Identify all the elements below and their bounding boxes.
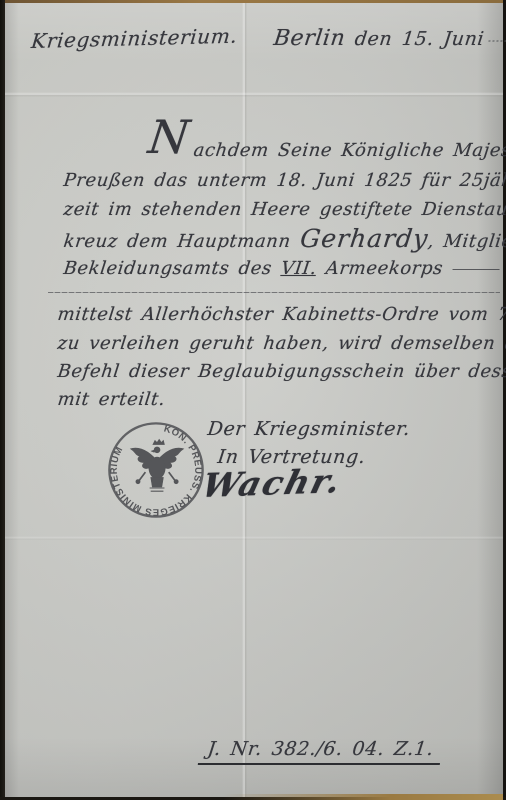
body-line: mittelst Allerhöchster Kabinetts-Ordre v… [56,302,506,328]
body-line-recipient: kreuz dem Hauptmann Gerhardy, Mitglied d… [62,226,506,255]
body-line: zeit im stehenden Heere gestiftete Diens… [62,197,506,223]
unit-post: Armeekorps [324,256,444,282]
prussian-eagle-icon [131,439,184,491]
body-line: mit erteilt. [56,387,167,413]
recipient-name: Gerhardy [299,224,430,253]
recipient-post: , Mitglied des [427,231,506,252]
vertical-fold-crease [242,0,247,800]
recipient-pre: kreuz dem Hauptmann [62,231,292,252]
body-line: Preußen das unterm 18. Juni 1825 für 25j… [62,168,506,194]
header-place: Berlin [272,26,347,51]
unit-pre: Bekleidungsamts des [62,256,273,282]
header-office: Kriegsministerium. [30,23,239,55]
header-date: 15. Juni [401,28,486,50]
reference-number: J. Nr. 382./6. 04. Z.1. [198,736,443,763]
header-date-prefix: den [354,28,394,50]
horizontal-fold-crease [0,92,506,97]
unit-corps: VII. [280,256,319,282]
body-line: Befehl dieser Beglaubigungsschein über d… [56,359,506,385]
ministry-seal-stamp: KÖN. PREUSS. KRIEGES MINISTERIUM [103,417,209,523]
horizontal-fold-crease-lower [0,536,506,540]
body-drop-initial: N [146,114,193,160]
body-line: achdem Seine Königliche Majestät von [192,138,506,164]
header-place-date: Berlin den 15. Juni1904. [272,25,506,53]
table-edge-top [0,0,506,3]
section-divider-line [48,292,500,293]
closing-title: Der Kriegsminister. [206,416,412,443]
signature: Wachr. [198,461,347,505]
document-photo: Kriegsministerium. Berlin den 15. Juni19… [0,0,506,800]
body-line-unit: Bekleidungsamts des VII. Armeekorps [62,256,501,282]
dotted-filler [488,40,506,42]
table-edge-bottom-right [223,794,503,800]
reference-number-text: J. Nr. 382./6. 04. Z.1. [198,738,443,765]
body-line: zu verleihen geruht haben, wird demselbe… [56,331,506,357]
fill-in-rule [453,269,500,270]
table-edge-left [0,0,5,800]
